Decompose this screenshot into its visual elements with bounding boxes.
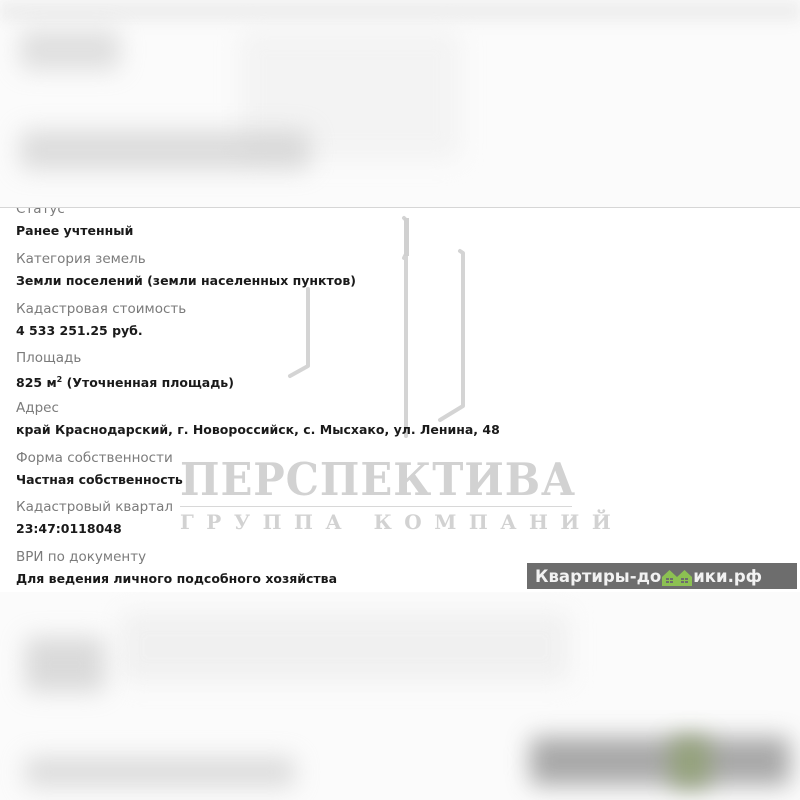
field-value: 825 м2 (Уточненная площадь) bbox=[16, 371, 234, 392]
field-value: Ранее учтенный bbox=[16, 222, 133, 240]
field-label: ВРИ по документу bbox=[16, 548, 337, 566]
blurred-header-region bbox=[0, 0, 800, 207]
watermark-subtitle: ГРУППА КОМПАНИЙ bbox=[180, 509, 575, 535]
blurred-footer-region bbox=[0, 592, 800, 800]
field-value: 23:47:0118048 bbox=[16, 520, 173, 538]
blurred-title bbox=[20, 30, 120, 70]
house-icon bbox=[677, 570, 692, 586]
field-cadastral-value: Кадастровая стоимость 4 533 251.25 руб. bbox=[16, 300, 186, 340]
field-label: Кадастровая стоимость bbox=[16, 300, 186, 318]
blurred-block bbox=[120, 612, 570, 682]
field-address: Адрес край Краснодарский, г. Новороссийс… bbox=[16, 399, 500, 439]
field-ownership-form: Форма собственности Частная собственност… bbox=[16, 449, 183, 489]
blurred-button-accent bbox=[670, 737, 710, 787]
field-label: Адрес bbox=[16, 399, 500, 417]
field-cadastral-quarter: Кадастровый квартал 23:47:0118048 bbox=[16, 498, 173, 538]
blurred-text bbox=[25, 757, 295, 787]
field-area: Площадь 825 м2 (Уточненная площадь) bbox=[16, 349, 234, 392]
watermark-title: ПЕРСПЕКТИВА bbox=[180, 456, 547, 504]
blurred-top-band bbox=[0, 0, 800, 22]
area-note: (Уточненная площадь) bbox=[62, 375, 234, 390]
two-houses-icon bbox=[662, 566, 692, 586]
field-label: Кадастровый квартал bbox=[16, 498, 173, 516]
field-label: Статус bbox=[16, 208, 133, 218]
badge-text-start: Квартиры-до bbox=[535, 567, 661, 586]
field-label: Форма собственности bbox=[16, 449, 183, 467]
area-number: 825 м bbox=[16, 375, 57, 390]
blurred-button bbox=[530, 737, 790, 785]
badge-text-end: ики.рф bbox=[693, 567, 762, 586]
field-value: Земли поселений (земли населенных пункто… bbox=[16, 272, 356, 290]
property-details-panel: ПЕРСПЕКТИВА ГРУППА КОМПАНИЙ Статус Ранее… bbox=[0, 208, 800, 592]
site-watermark-badge: Квартиры-до ики.рф bbox=[527, 563, 797, 589]
house-icon bbox=[662, 570, 677, 586]
field-value: край Краснодарский, г. Новороссийск, с. … bbox=[16, 421, 500, 439]
watermark-rule bbox=[180, 506, 572, 507]
field-value: Для ведения личного подсобного хозяйства bbox=[16, 570, 337, 588]
field-land-category: Категория земель Земли поселений (земли … bbox=[16, 250, 356, 290]
field-value: 4 533 251.25 руб. bbox=[16, 322, 186, 340]
blurred-icon bbox=[25, 637, 105, 692]
field-label: Категория земель bbox=[16, 250, 356, 268]
field-label: Площадь bbox=[16, 349, 234, 367]
blurred-cadastral-number bbox=[20, 130, 310, 170]
field-status: Статус Ранее учтенный bbox=[16, 208, 133, 240]
field-permitted-use: ВРИ по документу Для ведения личного под… bbox=[16, 548, 337, 588]
field-value: Частная собственность bbox=[16, 471, 183, 489]
